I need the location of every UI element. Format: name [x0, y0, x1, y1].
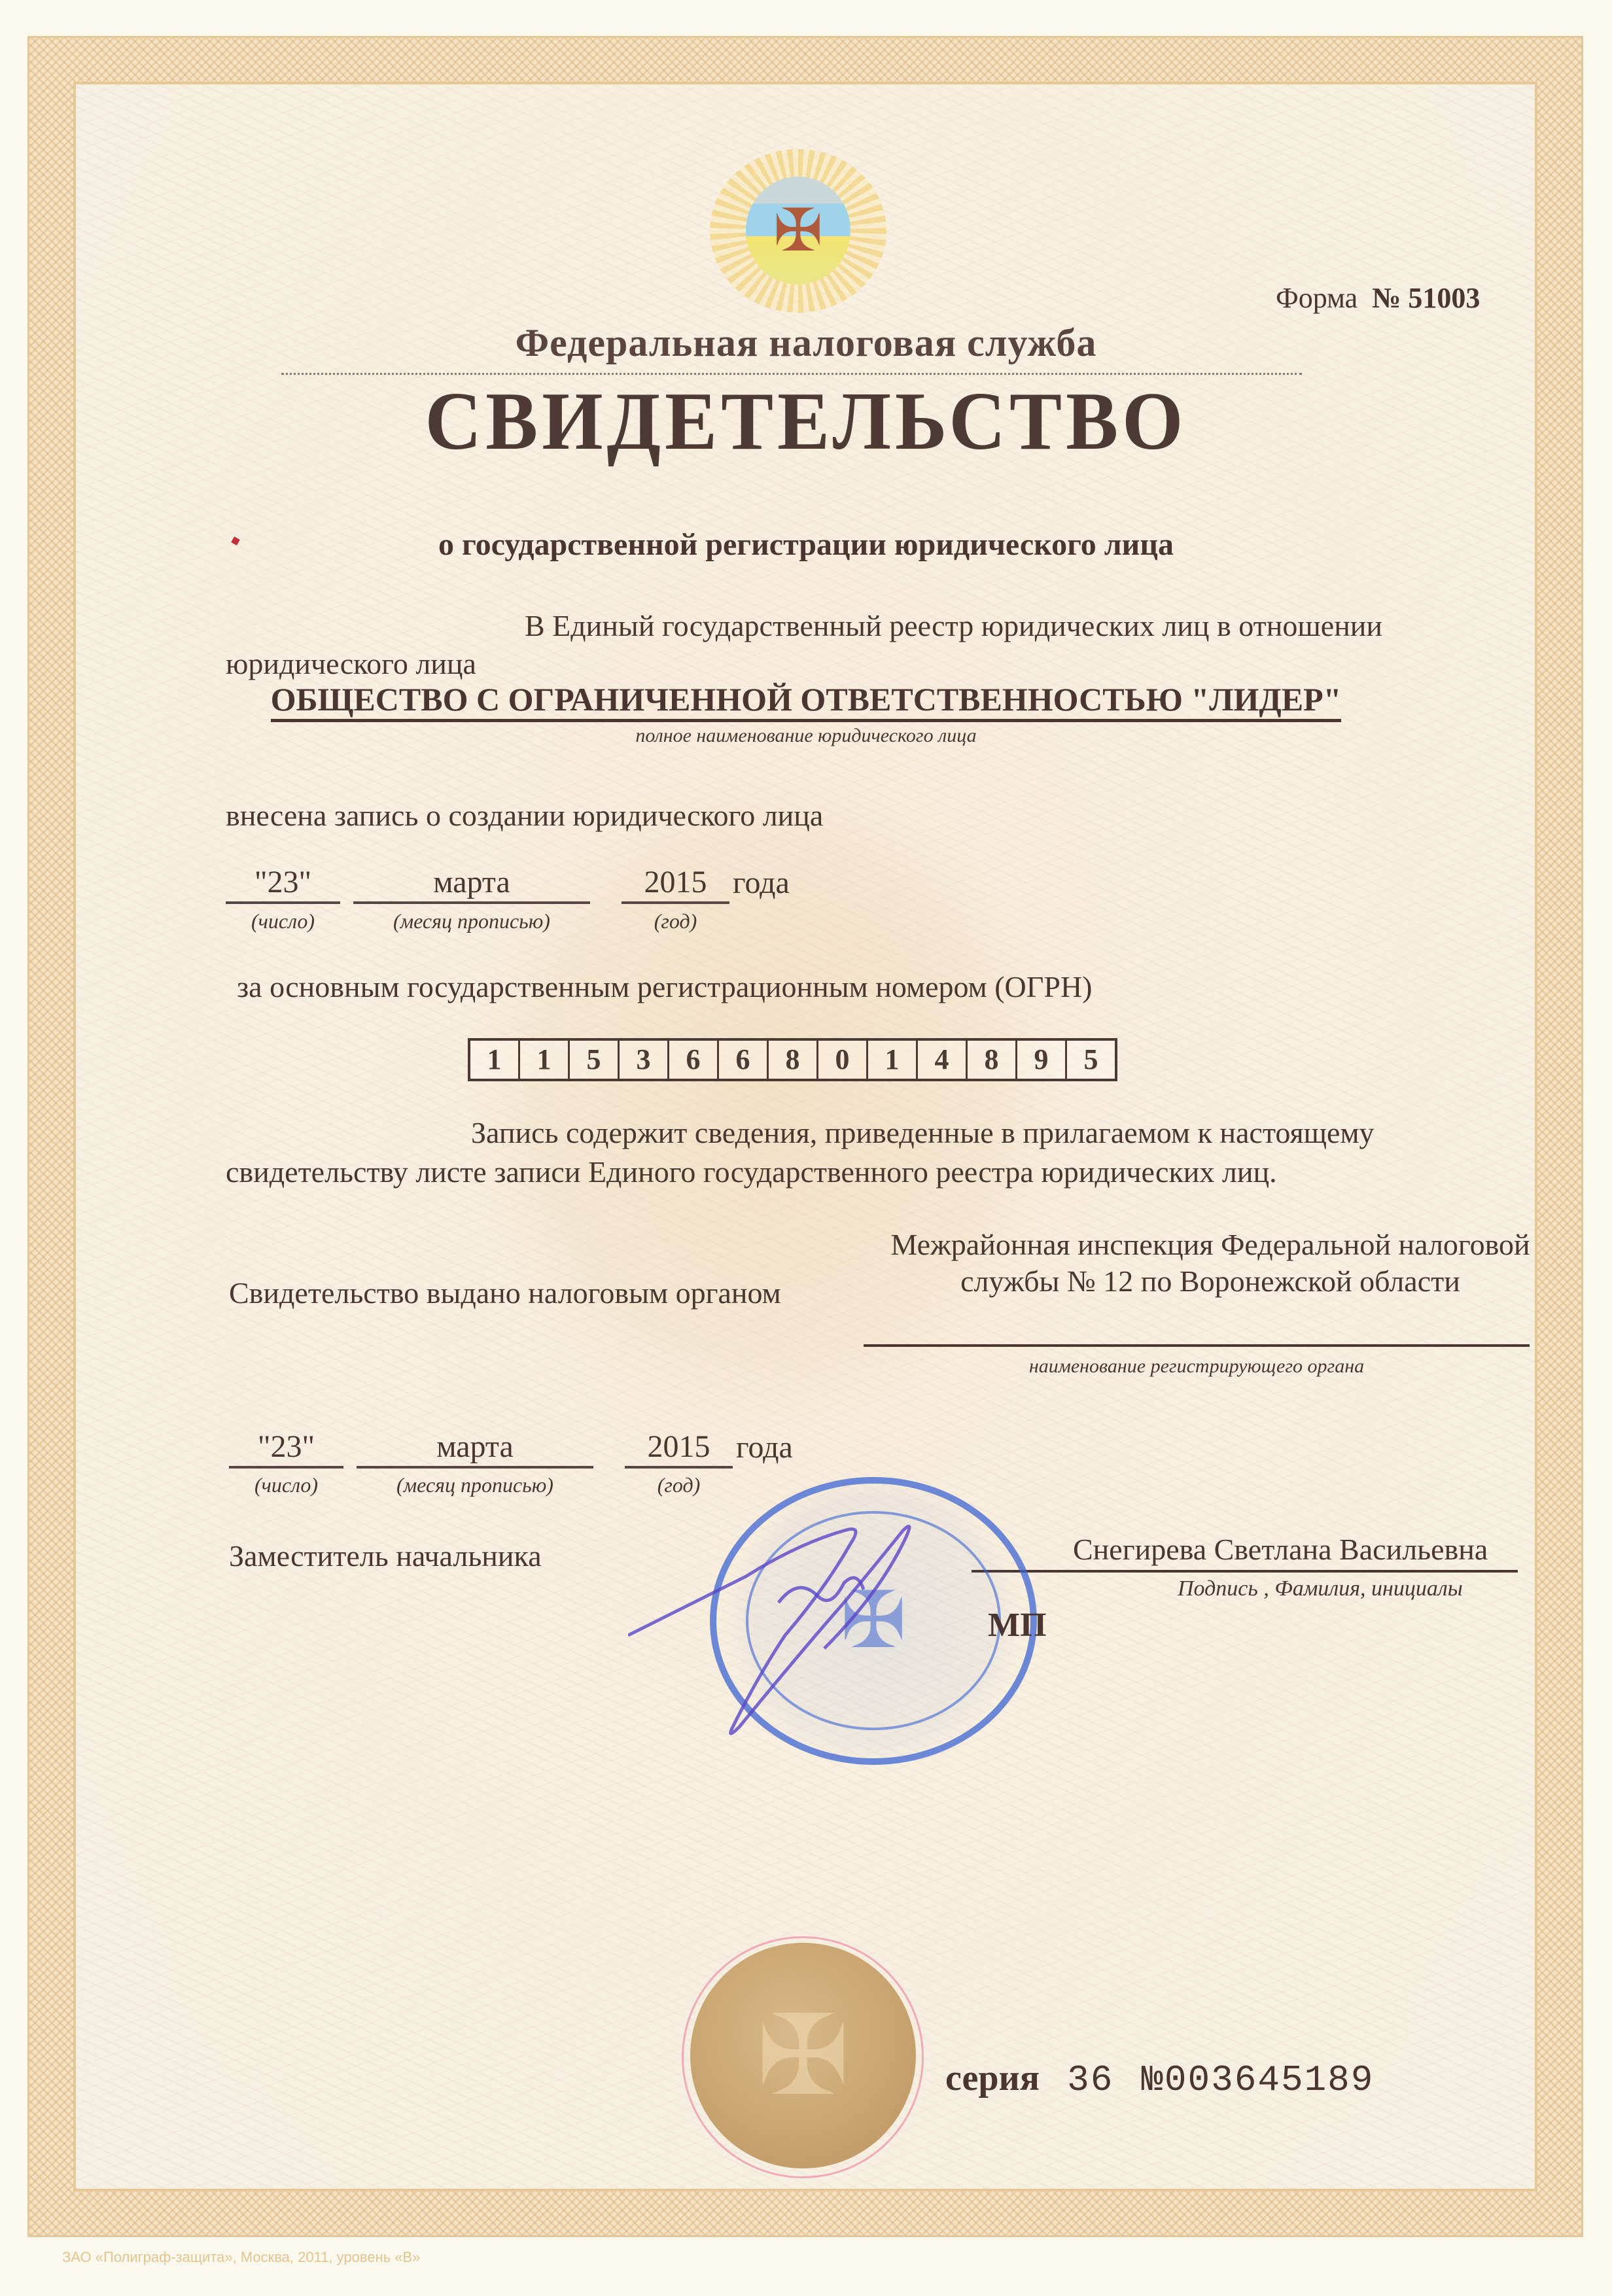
- ogrn-digit: 8: [767, 1041, 816, 1079]
- issue-month: марта: [357, 1428, 593, 1469]
- signatory-name: Снегирева Светлана Васильевна: [1073, 1532, 1488, 1567]
- authority-underline: [864, 1344, 1530, 1347]
- issuing-authority: Межрайонная инспекция Федеральной налого…: [864, 1226, 1557, 1300]
- issuer-label: Свидетельство выдано налоговым органом: [229, 1276, 781, 1310]
- coat-of-arms-icon: ✠: [746, 177, 850, 285]
- creation-month-caption: (месяц прописью): [353, 909, 590, 933]
- ogrn-digit: 1: [866, 1041, 916, 1079]
- document-subtitle: о государственной регистрации юридическо…: [0, 527, 1612, 563]
- ogrn-digit: 6: [717, 1041, 767, 1079]
- ogrn-digit: 1: [470, 1041, 518, 1079]
- intro-line-2: юридического лица: [226, 646, 476, 681]
- form-number-value: № 51003: [1372, 282, 1480, 314]
- authority-caption: наименование регистрирующего органа: [864, 1355, 1530, 1378]
- printer-note: ЗАО «Полиграф-защита», Москва, 2011, уро…: [62, 2249, 420, 2266]
- handwritten-signature: [628, 1505, 1047, 1753]
- record-note-line-2: свидетельству листе записи Единого госуд…: [226, 1155, 1277, 1189]
- issue-month-caption: (месяц прописью): [357, 1473, 593, 1497]
- company-name-text: ОБЩЕСТВО С ОГРАНИЧЕННОЙ ОТВЕТСТВЕННОСТЬЮ…: [271, 681, 1342, 722]
- form-number: Форма № 51003: [1276, 281, 1480, 315]
- issue-day-caption: (число): [229, 1473, 343, 1497]
- series-value: 36: [1067, 2059, 1113, 2101]
- creation-year-suffix: года: [733, 865, 790, 901]
- form-label: Форма: [1276, 282, 1358, 314]
- creation-month: марта: [353, 863, 590, 904]
- ogrn-number: 1153668014895: [468, 1038, 1117, 1081]
- document-title: СВИДЕТЕЛЬСТВО: [0, 374, 1612, 469]
- ogrn-digit: 0: [816, 1041, 866, 1079]
- record-note-line-1: Запись содержит сведения, приведенные в …: [471, 1115, 1375, 1150]
- ogrn-label: за основным государственным регистрацион…: [237, 969, 1093, 1004]
- ogrn-digit: 3: [618, 1041, 667, 1079]
- entry-text: внесена запись о создании юридического л…: [226, 798, 823, 833]
- company-name: ОБЩЕСТВО С ОГРАНИЧЕННОЙ ОТВЕТСТВЕННОСТЬЮ…: [0, 680, 1612, 718]
- serial-number: серия 36 №003645189: [945, 2057, 1374, 2101]
- signature-line: [972, 1570, 1518, 1573]
- ogrn-digit: 9: [1015, 1041, 1065, 1079]
- ogrn-digit: 5: [1065, 1041, 1115, 1079]
- signature-caption: Подпись , Фамилия, инициалы: [1178, 1576, 1463, 1601]
- ogrn-digit: 5: [568, 1041, 618, 1079]
- issue-year: 2015: [625, 1428, 733, 1469]
- seal-mark: МП: [988, 1606, 1047, 1644]
- creation-year-caption: (год): [622, 909, 729, 933]
- series-label: серия: [945, 2058, 1040, 2098]
- signatory-position: Заместитель начальника: [229, 1539, 542, 1573]
- serial-value: №003645189: [1141, 2059, 1374, 2101]
- ogrn-digit: 6: [667, 1041, 717, 1079]
- ogrn-digit: 4: [916, 1041, 966, 1079]
- embossed-seal-icon: ✠: [690, 1943, 916, 2168]
- issue-day: "23": [229, 1428, 343, 1469]
- ogrn-digit: 8: [966, 1041, 1015, 1079]
- company-caption: полное наименование юридического лица: [0, 725, 1612, 747]
- agency-name: Федеральная налоговая служба: [0, 321, 1612, 366]
- creation-day-caption: (число): [226, 909, 340, 933]
- creation-year: 2015: [622, 863, 729, 904]
- issue-year-suffix: года: [736, 1429, 793, 1465]
- creation-day: "23": [226, 863, 340, 904]
- intro-line-1: В Единый государственный реестр юридичес…: [525, 608, 1382, 643]
- certificate-sheet: ✠ Форма № 51003 Федеральная налоговая сл…: [0, 0, 1612, 2296]
- issue-year-caption: (год): [625, 1473, 733, 1497]
- ogrn-digit: 1: [518, 1041, 568, 1079]
